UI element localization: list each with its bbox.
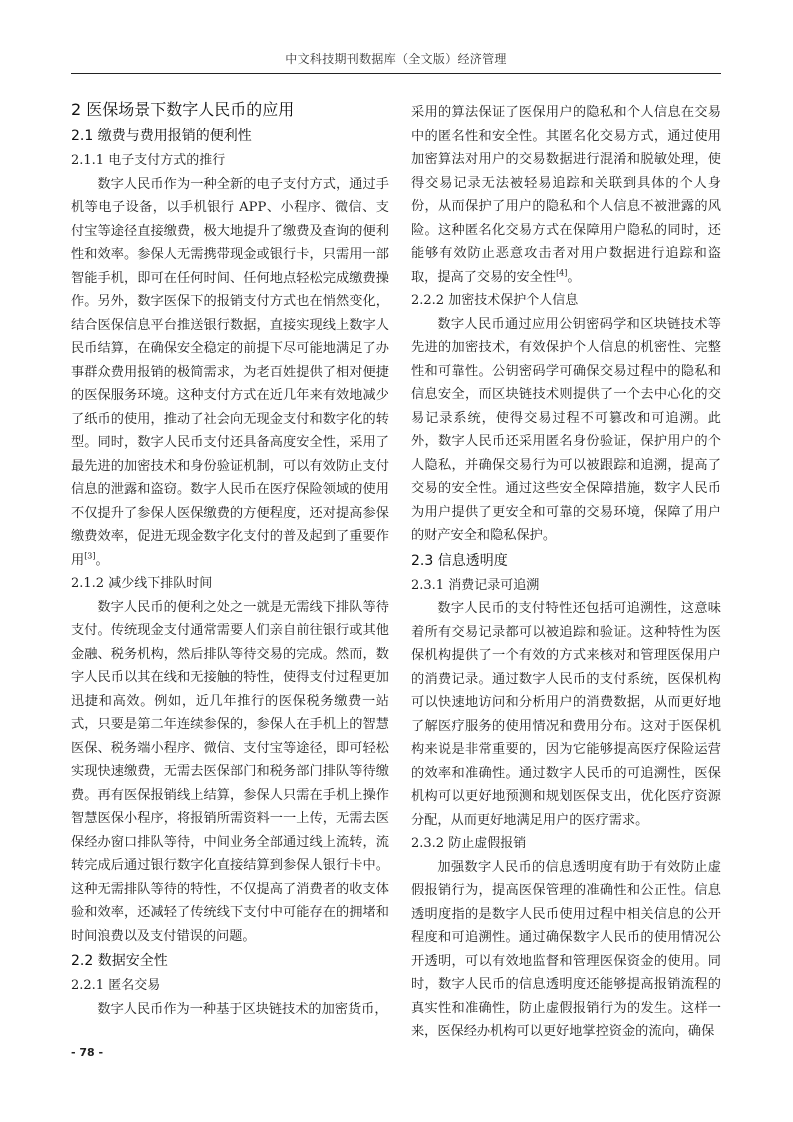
paragraph-2-3-2: 加强数字人民币的信息透明度有助于有效防止虚假报销行为，提高医保管理的准确性和公正… [411, 856, 721, 1044]
paragraph-2-2-1-continued: 采用的算法保证了医保用户的隐私和个人信息在交易中的匿名性和安全性。其匿名化交易方… [411, 101, 721, 289]
paragraph-2-1-1: 数字人民币作为一种全新的电子支付方式，通过手机等电子设备，以手机银行 APP、小… [71, 173, 389, 573]
section-2-3-heading: 2.3 信息透明度 [411, 548, 721, 574]
right-column: 采用的算法保证了医保用户的隐私和个人信息在交易中的匿名性和安全性。其匿名化交易方… [411, 101, 721, 1044]
paragraph-end: 。 [96, 553, 109, 568]
page-number: - 78 - [71, 1046, 103, 1059]
paragraph-end: 。 [567, 270, 580, 285]
paragraph-text: 数字人民币作为一种全新的电子支付方式，通过手机等电子设备，以手机银行 APP、小… [71, 177, 389, 568]
paragraph-2-2-1-start: 数字人民币作为一种基于区块链技术的加密货币， [71, 998, 389, 1022]
citation-ref: [3] [84, 551, 95, 560]
section-2-2-heading: 2.2 数据安全性 [71, 948, 389, 974]
paragraph-2-2-2: 数字人民币通过应用公钥密码学和区块链技术等先进的加密技术，有效保护个人信息的机密… [411, 313, 721, 548]
paragraph-2-3-1: 数字人民币的支付特性还包括可追溯性，这意味着所有交易记录都可以被追踪和验证。这种… [411, 597, 721, 832]
header-rule [71, 73, 721, 74]
section-2-3-2-heading: 2.3.2 防止虚假报销 [411, 832, 721, 856]
citation-ref: [4] [556, 268, 567, 277]
section-2-3-1-heading: 2.3.1 消费记录可追溯 [411, 574, 721, 598]
left-column: 2 医保场景下数字人民币的应用 2.1 缴费与费用报销的便利性 2.1.1 电子… [71, 97, 389, 1021]
section-2-1-2-heading: 2.1.2 减少线下排队时间 [71, 572, 389, 596]
section-2-heading: 2 医保场景下数字人民币的应用 [71, 97, 389, 123]
paragraph-text: 采用的算法保证了医保用户的隐私和个人信息在交易中的匿名性和安全性。其匿名化交易方… [411, 105, 721, 285]
paragraph-2-1-2: 数字人民币的便利之处之一就是无需线下排队等待支付。传统现金支付通常需要人们亲自前… [71, 596, 389, 949]
section-2-1-1-heading: 2.1.1 电子支付方式的推行 [71, 149, 389, 173]
section-2-2-2-heading: 2.2.2 加密技术保护个人信息 [411, 289, 721, 313]
running-head: 中文科技期刊数据库（全文版）经济管理 [71, 50, 721, 67]
section-2-2-1-heading: 2.2.1 匿名交易 [71, 974, 389, 998]
section-2-1-heading: 2.1 缴费与费用报销的便利性 [71, 123, 389, 149]
